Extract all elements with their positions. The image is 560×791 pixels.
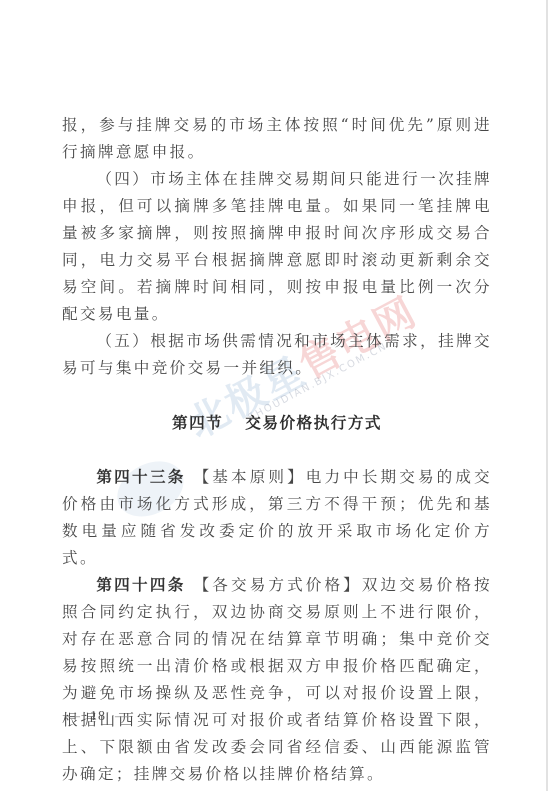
article-44: 第四十四条 【各交易方式价格】双边交易价格按照合同约定执行，双边协商交易原则上不… (62, 572, 492, 788)
document-body: 报，参与挂牌交易的市场主体按照“时间优先”原则进行摘牌意愿申报。 （四）市场主体… (62, 112, 492, 788)
section-heading: 第四节交易价格执行方式 (62, 411, 492, 435)
document-page: 北极星售电网 SHOUDIAN.BJX.COM.CN 报，参与挂牌交易的市场主体… (0, 0, 548, 791)
page-number: — 18 — (66, 709, 130, 725)
section-title: 交易价格执行方式 (245, 413, 382, 432)
article-text: 【各交易方式价格】双边交易价格按照合同约定执行，双边协商交易原则上不进行限价，对… (62, 576, 492, 783)
paragraph-item-4: （四）市场主体在挂牌交易期间只能进行一次挂牌申报，但可以摘牌多笔挂牌电量。如果同… (62, 166, 492, 328)
article-label: 第四十四条 (96, 576, 185, 594)
paragraph-continuation: 报，参与挂牌交易的市场主体按照“时间优先”原则进行摘牌意愿申报。 (62, 112, 492, 166)
page-number-dash-left: — (66, 709, 81, 724)
section-number: 第四节 (172, 413, 223, 432)
article-label: 第四十三条 (96, 468, 185, 486)
article-43: 第四十三条 【基本原则】电力中长期交易的成交价格由市场化方式形成，第三方不得干预… (62, 464, 492, 572)
page-number-dash-right: — (115, 709, 130, 724)
paragraph-item-5: （五）根据市场供需情况和市场主体需求，挂牌交易可与集中竞价交易一并组织。 (62, 328, 492, 382)
page-number-value: 18 (90, 709, 106, 724)
